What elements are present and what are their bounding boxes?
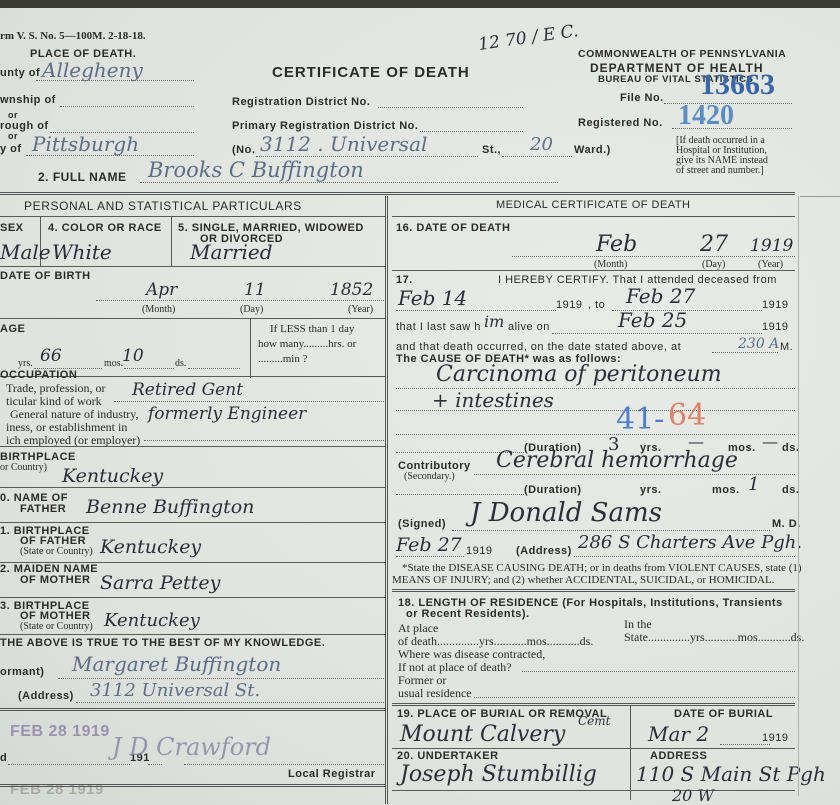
dob-label: DATE OF BIRTH [0, 270, 91, 282]
day-caption: (Day) [702, 259, 725, 270]
month-caption: (Month) [142, 304, 175, 315]
occupation-sub: Trade, profession, or ticular kind of wo… [6, 382, 140, 447]
cause-line-2: + intestines [432, 388, 554, 412]
city-value: Pittsburgh [32, 132, 139, 156]
or-label: or [8, 131, 18, 141]
undertaker-value: Joseph Stumbillig [400, 762, 597, 787]
dob-month: Apr [146, 280, 177, 300]
less-line: how many.........hrs. or [258, 337, 356, 352]
ds-caption: ds. [175, 358, 186, 369]
duration-label: (Duration) [524, 484, 582, 496]
dod-label: 16. DATE OF DEATH [396, 222, 510, 234]
residence-in-state: In the State..............yrs...........… [624, 618, 804, 644]
scan-edge [0, 0, 840, 8]
filed-label: d [0, 752, 7, 764]
birthplace-value: Kentuckey [62, 465, 163, 487]
mos-caption: mos. [712, 484, 740, 496]
signed-date: Feb 27 [396, 534, 462, 556]
personal-heading: PERSONAL AND STATISTICAL PARTICULARS [24, 199, 302, 213]
footnote-line: *State the DISEASE CAUSING DEATH; or in … [402, 562, 802, 574]
registered-no-value: 1420 [678, 100, 734, 132]
dod-year: 1919 [750, 236, 793, 256]
street-label: St., [482, 144, 501, 156]
last-saw-year: 1919 [762, 321, 788, 333]
cert-number: 17. [396, 274, 413, 286]
hospital-note: [If death occurred in a Hospital or Inst… [676, 136, 768, 176]
burial-place-note: Cemt [578, 714, 610, 728]
father-name-value: Benne Buffington [86, 496, 254, 518]
attended-to: Feb 27 [626, 284, 695, 308]
undertaker-address-label: ADDRESS [650, 750, 707, 762]
mother-birthplace-sub: (State or Country) [20, 621, 93, 632]
contributory-value: Cerebral hemorrhage [496, 448, 738, 473]
informant-address-value: 3112 Universal St. [90, 680, 260, 701]
street-value: 3112 . Universal [260, 132, 427, 156]
less-than-day: If LESS than 1 day how many.........hrs.… [258, 322, 356, 367]
registrar-label: Local Registrar [288, 768, 376, 780]
father-birthplace-sub: (State or Country) [20, 546, 93, 557]
year-caption: (Year) [758, 259, 783, 270]
death-certificate: rm V. S. No. 5—100M. 2-18-18. PLACE OF D… [0, 0, 840, 805]
undertaker-ward: 20 W [672, 786, 714, 805]
street-prefix: (No. [232, 144, 255, 156]
former-residence: Former or usual residence [398, 674, 472, 700]
to-label: , to [588, 299, 605, 311]
contrib-duration-months: 1 [748, 474, 759, 495]
informant-address-label: (Address) [18, 690, 74, 702]
header-divider [0, 192, 795, 195]
cause-line-1: Carcinoma of peritoneum [436, 362, 722, 387]
county-value: Allegheny [42, 58, 143, 82]
occupation-value: Retired Gent [132, 380, 243, 400]
father-birthplace-value: Kentuckey [100, 536, 201, 558]
less-line: If LESS than 1 day [258, 322, 356, 337]
cause-code-red: 64 [668, 398, 706, 433]
marital-value: Married [190, 240, 273, 264]
file-no-value: 13663 [700, 68, 775, 102]
age-months: 10 [122, 346, 144, 366]
ds-caption: ds. [782, 442, 799, 454]
attended-to-year: 1919 [762, 299, 788, 311]
received-stamp: FEB 28 1919 [10, 723, 110, 741]
ward-label: Ward.) [574, 144, 611, 156]
last-saw-pronoun: im [484, 312, 504, 331]
death-time-label: and that death occurred, on the date sta… [396, 341, 681, 353]
footnote: *State the DISEASE CAUSING DEATH; or in … [402, 562, 802, 586]
hospital-note-line: of street and number.] [676, 166, 768, 176]
file-no-label: File No. [620, 92, 664, 104]
primary-district-label: Primary Registration District No. [232, 120, 418, 132]
md-label: M. D. [772, 518, 801, 530]
burial-date-label: DATE OF BURIAL [674, 708, 773, 720]
or-label: or [8, 110, 18, 120]
alive-label: alive on [508, 321, 550, 333]
age-label: AGE [0, 323, 25, 335]
last-saw-date: Feb 25 [618, 308, 687, 332]
informant-label: ormant) [0, 666, 44, 678]
day-caption: (Day) [240, 304, 263, 315]
last-saw-label: that I last saw h [396, 321, 481, 333]
registrar-signature: J D Crawford [112, 733, 271, 761]
burial-date-value: Mar 2 [648, 722, 709, 746]
certificate-title: CERTIFICATE OF DEATH [272, 64, 470, 81]
mos-caption: mos. [104, 358, 123, 369]
column-divider [385, 196, 388, 804]
mother-name-value: Sarra Pettey [100, 572, 220, 594]
less-line: .........min ? [258, 352, 356, 367]
death-time-value: 230 A [738, 336, 779, 352]
contributory-sub: (Secondary.) [404, 471, 455, 482]
age-years: 66 [40, 346, 62, 366]
former-line: usual residence [398, 687, 472, 700]
physician-signature: J Donald Sams [470, 498, 662, 528]
race-label: 4. COLOR OR RACE [48, 222, 162, 234]
attended-from: Feb 14 [398, 286, 467, 310]
dod-month: Feb [596, 232, 637, 257]
corner-note: 12 70 / E C. [477, 21, 580, 55]
registered-no-label: Registered No. [578, 117, 663, 129]
burial-year: 1919 [762, 732, 788, 744]
in-state-line: State..............yrs...........mos....… [624, 631, 804, 644]
doctor-address-label: (Address) [516, 545, 572, 557]
birthplace-sub: or Country) [0, 462, 47, 473]
burial-place-label: 19. PLACE OF BURIAL OR REMOVAL [397, 708, 607, 720]
registration-district-label: Registration District No. [232, 96, 370, 108]
medical-heading: MEDICAL CERTIFICATE OF DEATH [496, 199, 691, 211]
issuer-line1: COMMONWEALTH OF PENNSYLVANIA [578, 48, 786, 60]
residence-at-place: At place of death..............yrs......… [398, 622, 593, 648]
yrs-caption: yrs. [640, 484, 662, 496]
footnote-line: MEANS OF INJURY; and (2) whether ACCIDEN… [392, 574, 802, 586]
attended-from-year: 1919 [556, 299, 582, 311]
city-label: y of [0, 143, 22, 155]
attestation: THE ABOVE IS TRUE TO THE BEST OF MY KNOW… [0, 637, 325, 649]
dob-year: 1852 [330, 280, 373, 300]
residence-heading-2: or Recent Residents). [406, 608, 530, 620]
dod-day: 27 [700, 232, 728, 257]
ward-value: 20 [530, 134, 553, 155]
county-label: unty of [0, 67, 40, 79]
signed-label: (Signed) [398, 518, 446, 530]
time-suffix: M. [780, 341, 793, 353]
full-name-value: Brooks C Buffington [148, 158, 364, 182]
township-label: wnship of [0, 94, 56, 106]
sex-label: SEX [0, 222, 24, 234]
cause-code-blue: 41- [616, 402, 664, 437]
form-code: rm V. S. No. 5—100M. 2-18-18. [0, 30, 146, 42]
doctor-address: 286 S Charters Ave Pgh. [578, 532, 802, 553]
mother-birthplace-value: Kentuckey [104, 610, 200, 631]
race-value: White [52, 240, 112, 264]
signed-year: 1919 [466, 545, 492, 557]
yrs-caption: yrs. [18, 358, 33, 369]
undertaker-label: 20. UNDERTAKER [397, 750, 499, 762]
father-label-2: FATHER [20, 503, 66, 515]
mother-label-2: OF MOTHER [20, 574, 91, 586]
industry-value: formerly Engineer [148, 404, 306, 424]
sex-value: Male [0, 240, 51, 264]
burial-place-value: Mount Calvery [400, 722, 565, 747]
duration-days: — [762, 432, 778, 451]
occupation-label: OCCUPATION [0, 369, 77, 381]
ds-caption: ds. [782, 484, 799, 496]
month-caption: (Month) [594, 259, 627, 270]
year-caption: (Year) [348, 304, 373, 315]
dob-day: 11 [244, 280, 266, 300]
full-name-label: 2. FULL NAME [38, 170, 126, 184]
informant-value: Margaret Buffington [72, 652, 281, 676]
